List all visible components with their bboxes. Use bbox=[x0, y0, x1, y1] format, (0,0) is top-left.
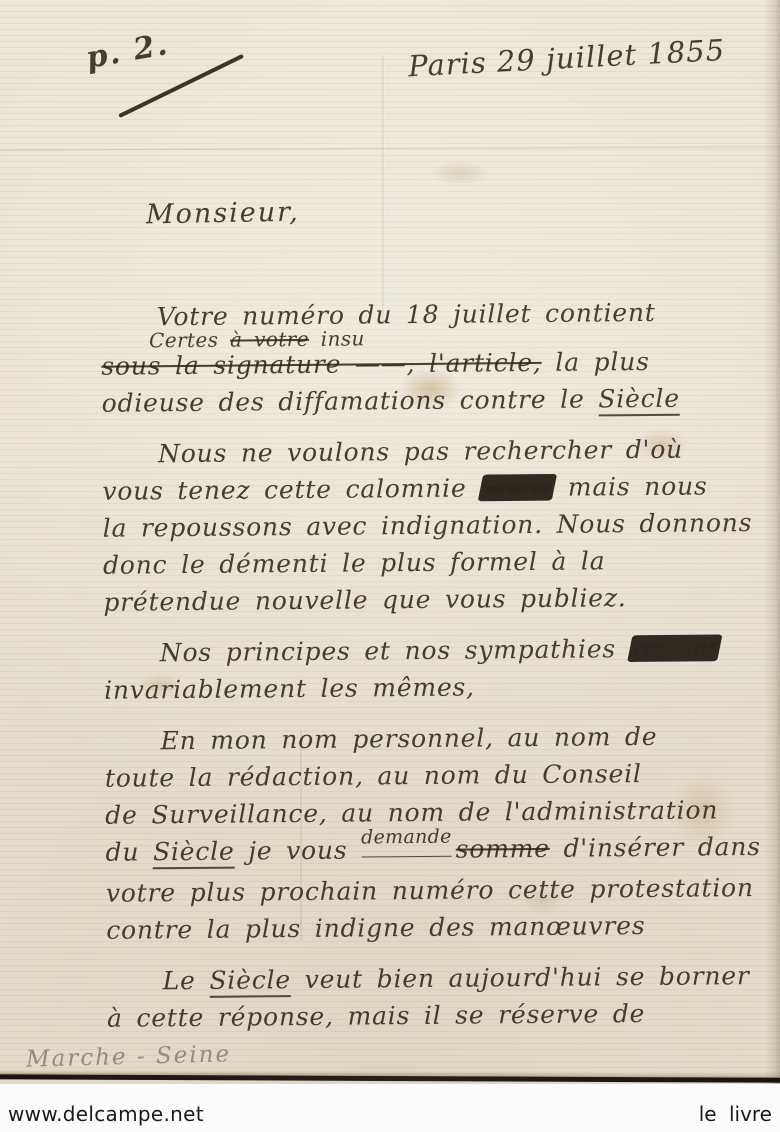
handwriting-segment: à cette réponse, mais il se réserve de bbox=[107, 999, 645, 1033]
handwriting-segment: odieuse des diffamations contre le bbox=[102, 384, 599, 417]
handwritten-line: En mon nom personnel, au nom de bbox=[104, 717, 729, 759]
handwritten-line: prétendue nouvelle que vous publiez. bbox=[103, 578, 728, 620]
handwriting-segment: donc le démenti le plus formel à la bbox=[103, 546, 606, 579]
handwriting-segment: Le bbox=[163, 966, 210, 995]
handwriting-segment: du bbox=[105, 837, 153, 866]
handwriting-segment: Siècle bbox=[153, 837, 235, 870]
letter-body: Votre numéro du 18 juillet contientCerte… bbox=[101, 293, 733, 1050]
handwriting-segment: Siècle bbox=[598, 384, 680, 417]
handwritten-line: Le Siècle veut bien aujourd'hui se borne… bbox=[107, 957, 732, 999]
handwritten-line: votre plus prochain numéro cette protest… bbox=[106, 869, 731, 911]
handwritten-line: Nous ne voulons pas rechercher d'où bbox=[102, 430, 727, 472]
handwriting-segment: l'article, bbox=[415, 348, 542, 378]
handwriting-segment: vous tenez cette calomnie bbox=[102, 473, 480, 505]
paragraph: Votre numéro du 18 juillet contientCerte… bbox=[101, 293, 727, 421]
handwriting-segment: demande bbox=[361, 819, 452, 858]
handwritten-line: toute la rédaction, au nom du Conseil bbox=[105, 754, 730, 796]
handwritten-line: à cette réponse, mais il se réserve de bbox=[107, 994, 732, 1036]
watermark-strip: www.delcampe.net le livre bbox=[0, 1084, 780, 1132]
pencil-annotation: Marche - Seine bbox=[26, 1041, 232, 1072]
handwritten-line: la repoussons avec indignation. Nous don… bbox=[103, 504, 728, 546]
handwriting-segment: votre plus prochain numéro cette protest… bbox=[106, 873, 754, 908]
handwritten-line: sous la signature ——, l'article, la plus bbox=[101, 342, 726, 384]
vertical-fold-crease bbox=[382, 55, 385, 325]
handwritten-line: contre la plus indigne des manœuvres bbox=[106, 906, 731, 948]
handwriting-segment: d'insérer dans bbox=[550, 832, 761, 863]
paper-stain bbox=[430, 160, 490, 186]
handwriting-segment: invariablement les mêmes, bbox=[104, 672, 475, 704]
paper-right-edge bbox=[764, 0, 780, 1084]
paragraph: Nous ne voulons pas rechercher d'oùvous … bbox=[102, 430, 729, 620]
handwriting-segment: prétendue nouvelle que vous publiez. bbox=[103, 583, 626, 617]
handwriting-segment: toute la rédaction, au nom du Conseil bbox=[105, 759, 642, 793]
handwritten-line: vous tenez cette calomnie ▬▬▬ mais nous bbox=[102, 467, 727, 509]
page-number: p. 2. bbox=[84, 27, 172, 76]
handwriting-segment: En mon nom personnel, au nom de bbox=[160, 722, 657, 755]
handwritten-line: Nos principes et nos sympathies restent bbox=[104, 629, 729, 671]
watermark-seller-text: le livre bbox=[699, 1102, 772, 1126]
handwriting-segment: Nous ne voulons pas rechercher d'où bbox=[158, 435, 683, 469]
handwritten-line: du Siècle je vous demandesomme d'insérer… bbox=[105, 828, 730, 874]
handwriting-segment: la repoussons avec indignation. Nous don… bbox=[103, 508, 753, 543]
handwriting-segment: mais nous bbox=[554, 471, 708, 501]
paragraph: Le Siècle veut bien aujourd'hui se borne… bbox=[107, 957, 733, 1036]
handwriting-segment: restent bbox=[627, 635, 722, 662]
handwritten-line: donc le démenti le plus formel à la bbox=[103, 541, 728, 583]
handwriting-segment: sous la signature ——, bbox=[101, 349, 415, 381]
handwritten-line: odieuse des diffamations contre le Siècl… bbox=[101, 379, 726, 421]
handwriting-segment: Nos principes et nos sympathies bbox=[160, 634, 630, 667]
dateline: Paris 29 juillet 1855 bbox=[407, 31, 768, 84]
letter-scan: p. 2. Paris 29 juillet 1855 Monsieur, Vo… bbox=[0, 0, 780, 1132]
watermark-site-text: www.delcampe.net bbox=[8, 1102, 204, 1126]
handwriting-segment: contre la plus indigne des manœuvres bbox=[106, 911, 645, 945]
paragraph: En mon nom personnel, au nom detoute la … bbox=[104, 717, 731, 948]
handwriting-segment: veut bien aujourd'hui se borner bbox=[291, 961, 750, 994]
letter-page: p. 2. Paris 29 juillet 1855 Monsieur, Vo… bbox=[0, 0, 780, 1084]
handwriting-segment: je vous bbox=[234, 835, 361, 865]
handwritten-line: invariablement les mêmes, bbox=[104, 666, 729, 708]
handwriting-segment: Votre numéro du 18 juillet contient bbox=[157, 298, 656, 331]
salutation: Monsieur, bbox=[146, 197, 300, 231]
paragraph: Nos principes et nos sympathies restenti… bbox=[104, 629, 730, 708]
handwriting-segment: somme bbox=[456, 834, 550, 864]
handwriting-segment: ▬▬▬ bbox=[478, 474, 557, 501]
horizontal-fold-crease bbox=[0, 144, 780, 150]
handwriting-segment: la plus bbox=[541, 347, 649, 377]
handwriting-segment: Siècle bbox=[209, 965, 291, 998]
paper-bottom-edge bbox=[0, 1074, 780, 1082]
